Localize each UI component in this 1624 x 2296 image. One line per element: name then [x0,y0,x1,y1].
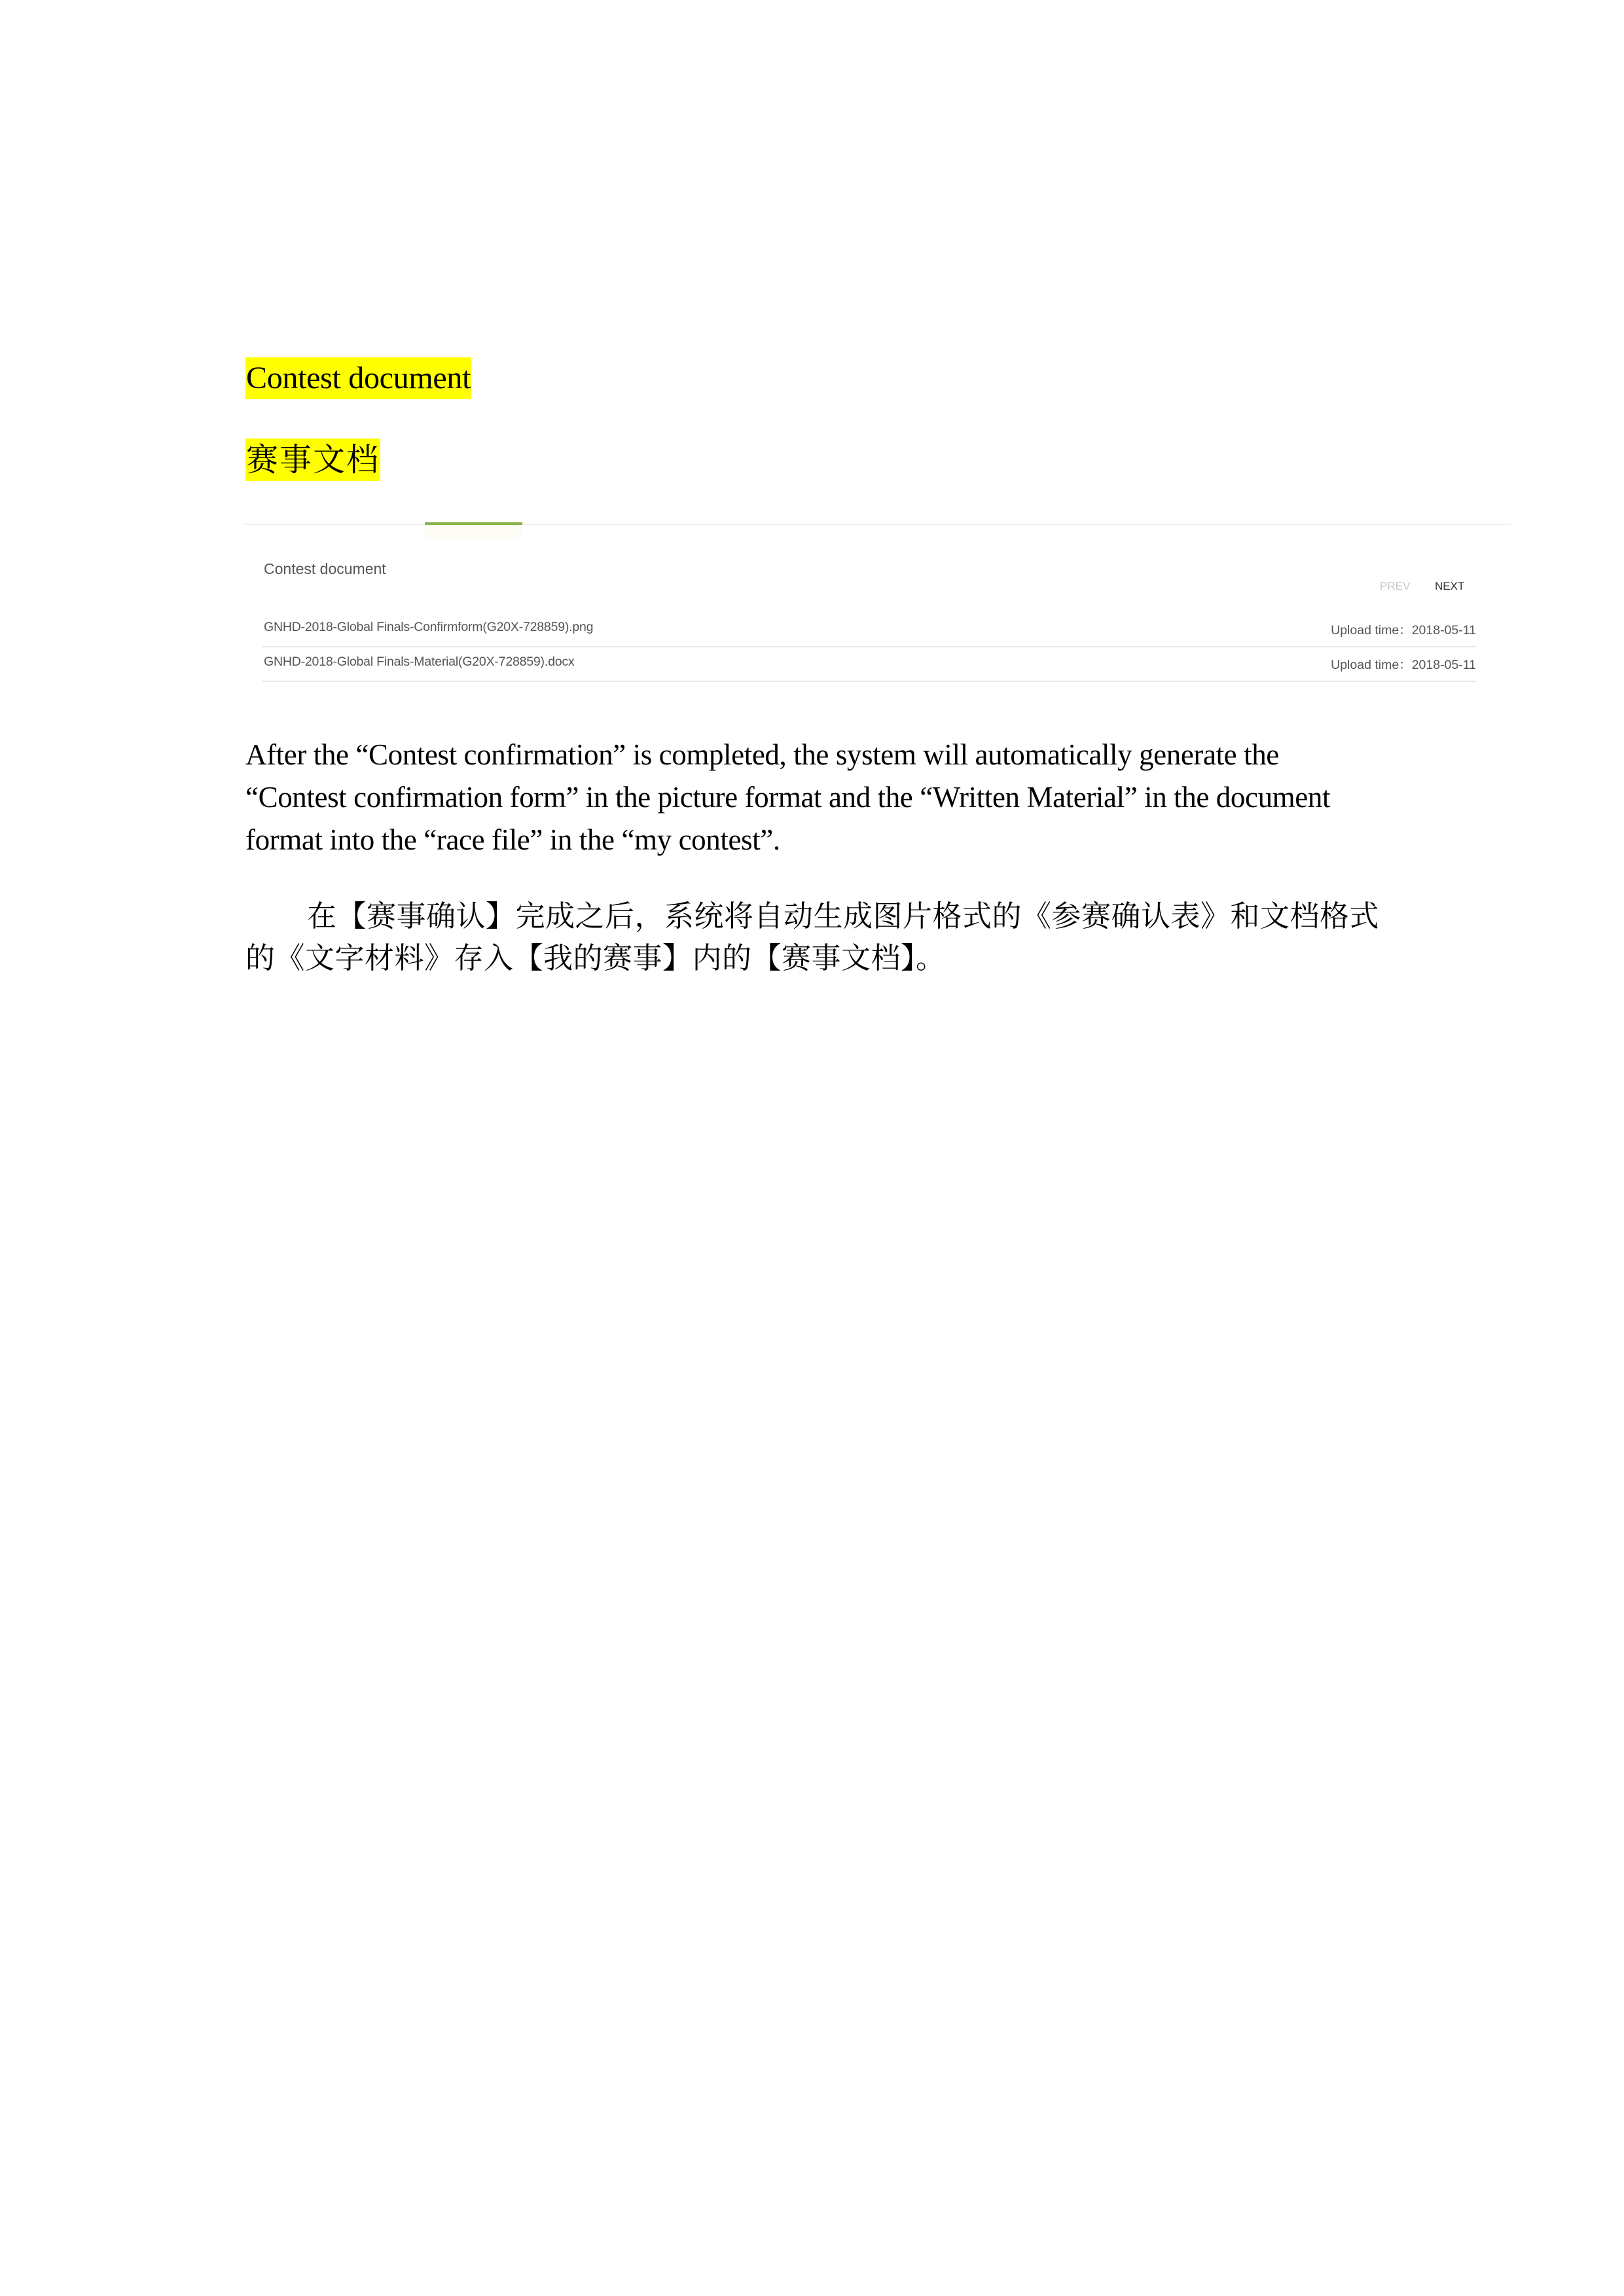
english-description-paragraph: After the “Contest confirmation” is comp… [245,734,1330,861]
file-row[interactable]: GNHD-2018-Global Finals-Confirmform(G20X… [262,612,1476,647]
file-name-link[interactable]: GNHD-2018-Global Finals-Material(G20X-72… [264,655,574,670]
upload-time-label: Upload time： [1331,658,1412,672]
paragraph-line: format into the “race file” in the “my c… [245,819,1330,861]
file-row[interactable]: GNHD-2018-Global Finals-Material(G20X-72… [262,647,1476,682]
prev-page-button[interactable]: PREV [1380,580,1410,593]
upload-time: Upload time：2018-05-11 [1331,655,1476,673]
chinese-description-paragraph: 在【赛事确认】完成之后，系统将自动生成图片格式的《参赛确认表》和文档格式 的《文… [245,895,1379,979]
section-title: Contest document [264,560,386,578]
heading-contest-document-chinese: 赛事文档 [245,439,380,481]
active-tab-background [425,525,522,538]
paragraph-line: 的《文字材料》存入【我的赛事】内的【赛事文档】。 [245,937,1379,979]
upload-time: Upload time：2018-05-11 [1331,620,1476,638]
file-name-link[interactable]: GNHD-2018-Global Finals-Confirmform(G20X… [264,620,593,635]
paragraph-line: “Contest confirmation form” in the pictu… [245,776,1330,819]
paragraph-line: 在【赛事确认】完成之后，系统将自动生成图片格式的《参赛确认表》和文档格式 [245,895,1379,937]
upload-time-label: Upload time： [1331,623,1412,637]
active-tab-indicator[interactable] [425,522,522,525]
paragraph-line: After the “Contest confirmation” is comp… [245,734,1330,776]
upload-date: 2018-05-11 [1412,623,1476,637]
next-page-button[interactable]: NEXT [1435,580,1464,593]
heading-contest-document: Contest document [245,357,471,399]
contest-document-screenshot: Contest document PREV NEXT GNHD-2018-Glo… [244,511,1511,700]
upload-date: 2018-05-11 [1412,658,1476,672]
